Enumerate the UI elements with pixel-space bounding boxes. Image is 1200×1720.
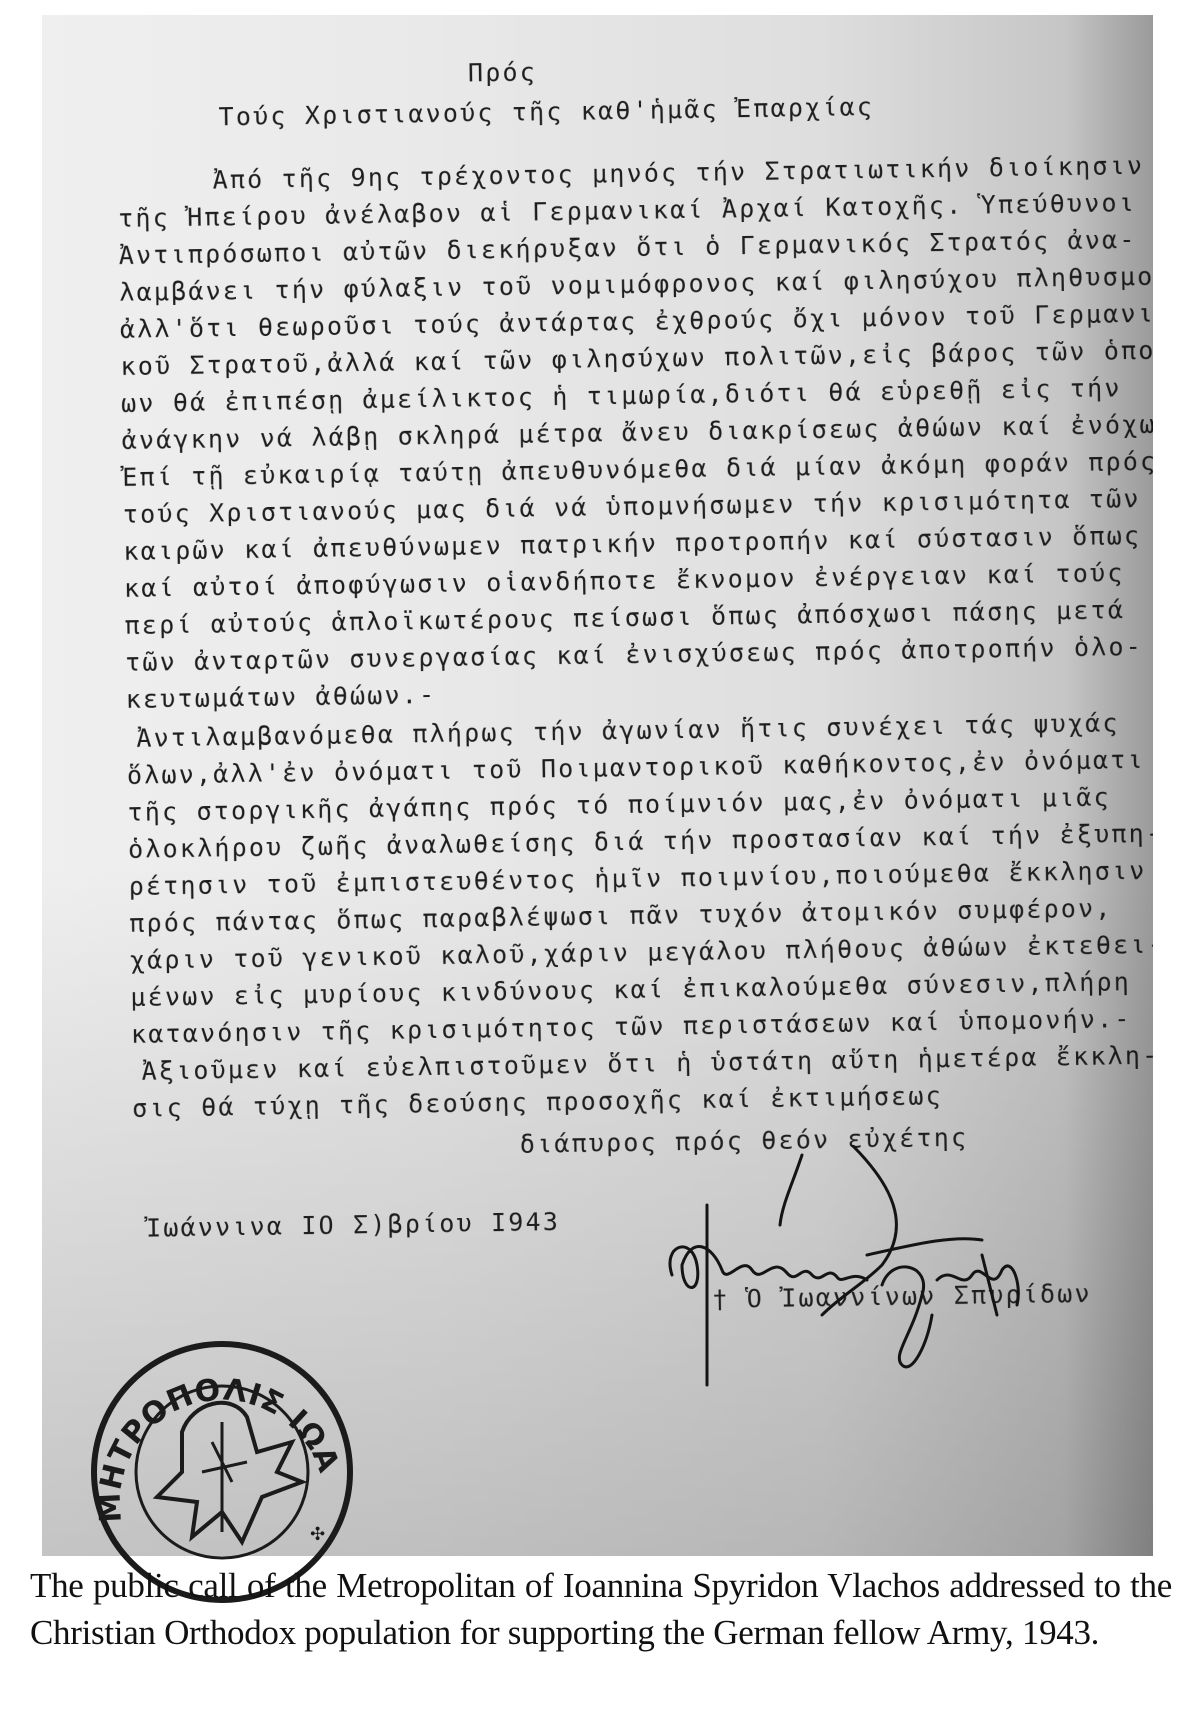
body-line: περί αὐτούς ἁπλοϊκωτέρους πείσωσι ὅπως ἀ… [124,595,1125,640]
header-line-2: Τούς Χριστιανούς τῆς καθ'ἡμᾶς Ἐπαρχίας [218,92,874,131]
body-line: σις θά τύχῃ τῆς δεούσης προσοχῆς καί ἐκτ… [132,1081,943,1123]
body-line: Ἀξιοῦμεν καί εὐελπιστοῦμεν ὅτι ἡ ὑστάτη … [141,1041,1153,1086]
body-line: τῶν ἀνταρτῶν συνεργασίας καί ἐνισχύσεως … [125,632,1143,677]
body-line: ων θά ἐπιπέσῃ ἀμείλικτος ἡ τιμωρία,διότι… [121,373,1122,418]
body-line: ρέτησιν τοῦ ἐμπιστευθέντος ἡμῖν ποιμνίου… [128,856,1146,901]
body-line: Ἐπί τῇ εὐκαιρίᾳ ταύτῃ ἀπευθυνόμεθα διά μ… [122,447,1153,492]
header-line-1: Πρός [468,57,537,87]
body-line: καί αὐτοί ἀποφύγωσιν οἱανδήποτε ἔκνομον … [124,558,1125,603]
svg-text:✣: ✣ [310,1524,325,1545]
body-line: ἀλλ'ὅτι θεωροῦσι τούς ἀντάρτας ἐχθρούς ὄ… [120,298,1153,344]
body-line: Ἀπό τῆς 9ης τρέχοντος μηνός τήν Στρατιωτ… [212,151,1144,195]
body-line: τῆς Ἠπείρου ἀνέλαβον αἱ Γερμανικαί Ἀρχαί… [118,188,1136,233]
body-line: κοῦ Στρατοῦ,ἀλλά καί τῶν φιλησύχων πολιτ… [120,335,1153,381]
body-line: λαμβάνει τήν φύλαξιν τοῦ νομιμόφρονος κα… [119,261,1153,307]
body-line: κατανόησιν τῆς κρισιμότητος τῶν περιστάσ… [131,1004,1132,1049]
body-line: ἀνάγκην νά λάβῃ σκληρά μέτρα ἄνευ διακρί… [121,409,1153,455]
body-line: χάριν τοῦ γενικοῦ καλοῦ,χάριν μεγάλου πλ… [130,929,1153,974]
body-line: κευτωμάτων ἀθώων.- [126,680,437,714]
body-line: μένων εἰς μυρίους κινδύνους καί ἐπικαλού… [130,967,1131,1012]
figure-caption: The public call of the Metropolitan of I… [30,1562,1172,1656]
body-line: ὁλοκλήρου ζωῆς ἀναλωθείσης διά τήν προστ… [128,818,1153,863]
signature-icon [652,1145,1072,1395]
body-line: τούς Χριστιανούς μας διά νά ὑπομνήσωμεν … [123,484,1141,529]
body-line: καιρῶν καί ἀπευθύνωμεν πατρικήν προτροπή… [123,521,1141,566]
place-date: Ἰωάννινα ΙΟ Σ)βρίου Ι943 [146,1207,560,1242]
body-line: ὅλων,ἀλλ'ἐν ὀνόματι τοῦ Ποιμαντορικοῦ κα… [127,745,1145,790]
body-line: πρός πάντας ὅπως παραβλέψωσι πᾶν τυχόν ἀ… [129,893,1113,937]
body-line: Ἀντιλαμβανόμεθα πλήρως τήν ἀγωνίαν ἥτις … [136,708,1120,752]
body-line: Ἀντιπρόσωποι αὐτῶν διεκήρυξαν ὅτι ὁ Γερμ… [119,225,1137,270]
body-line: τῆς στοργικῆς ἀγάπης πρός τό ποίμνιόν μα… [127,782,1111,826]
